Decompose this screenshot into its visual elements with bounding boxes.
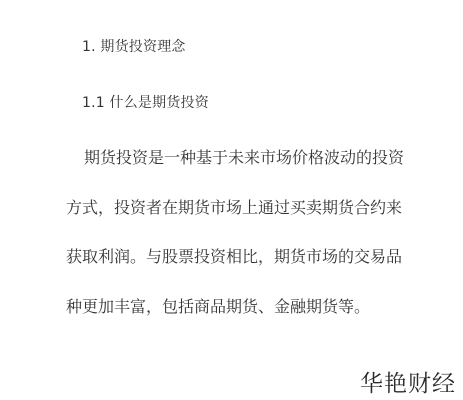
section-heading: 1. 期货投资理念 <box>82 36 186 56</box>
paragraph-line: 获取利润。与股票投资相比，期货市场的交易品 <box>66 247 386 267</box>
subsection-heading: 1.1 什么是期货投资 <box>82 92 209 112</box>
paragraph-line: 方式，投资者在期货市场上通过买卖期货合约来 <box>66 198 386 218</box>
watermark-logo-text: 华艳财经 <box>360 365 456 398</box>
document-page: 1. 期货投资理念 1.1 什么是期货投资 期货投资是一种基于未来市场价格波动的… <box>0 0 463 400</box>
paragraph-line: 种更加丰富，包括商品期货、金融期货等。 <box>66 297 370 317</box>
paragraph-line: 期货投资是一种基于未来市场价格波动的投资 <box>84 148 386 168</box>
